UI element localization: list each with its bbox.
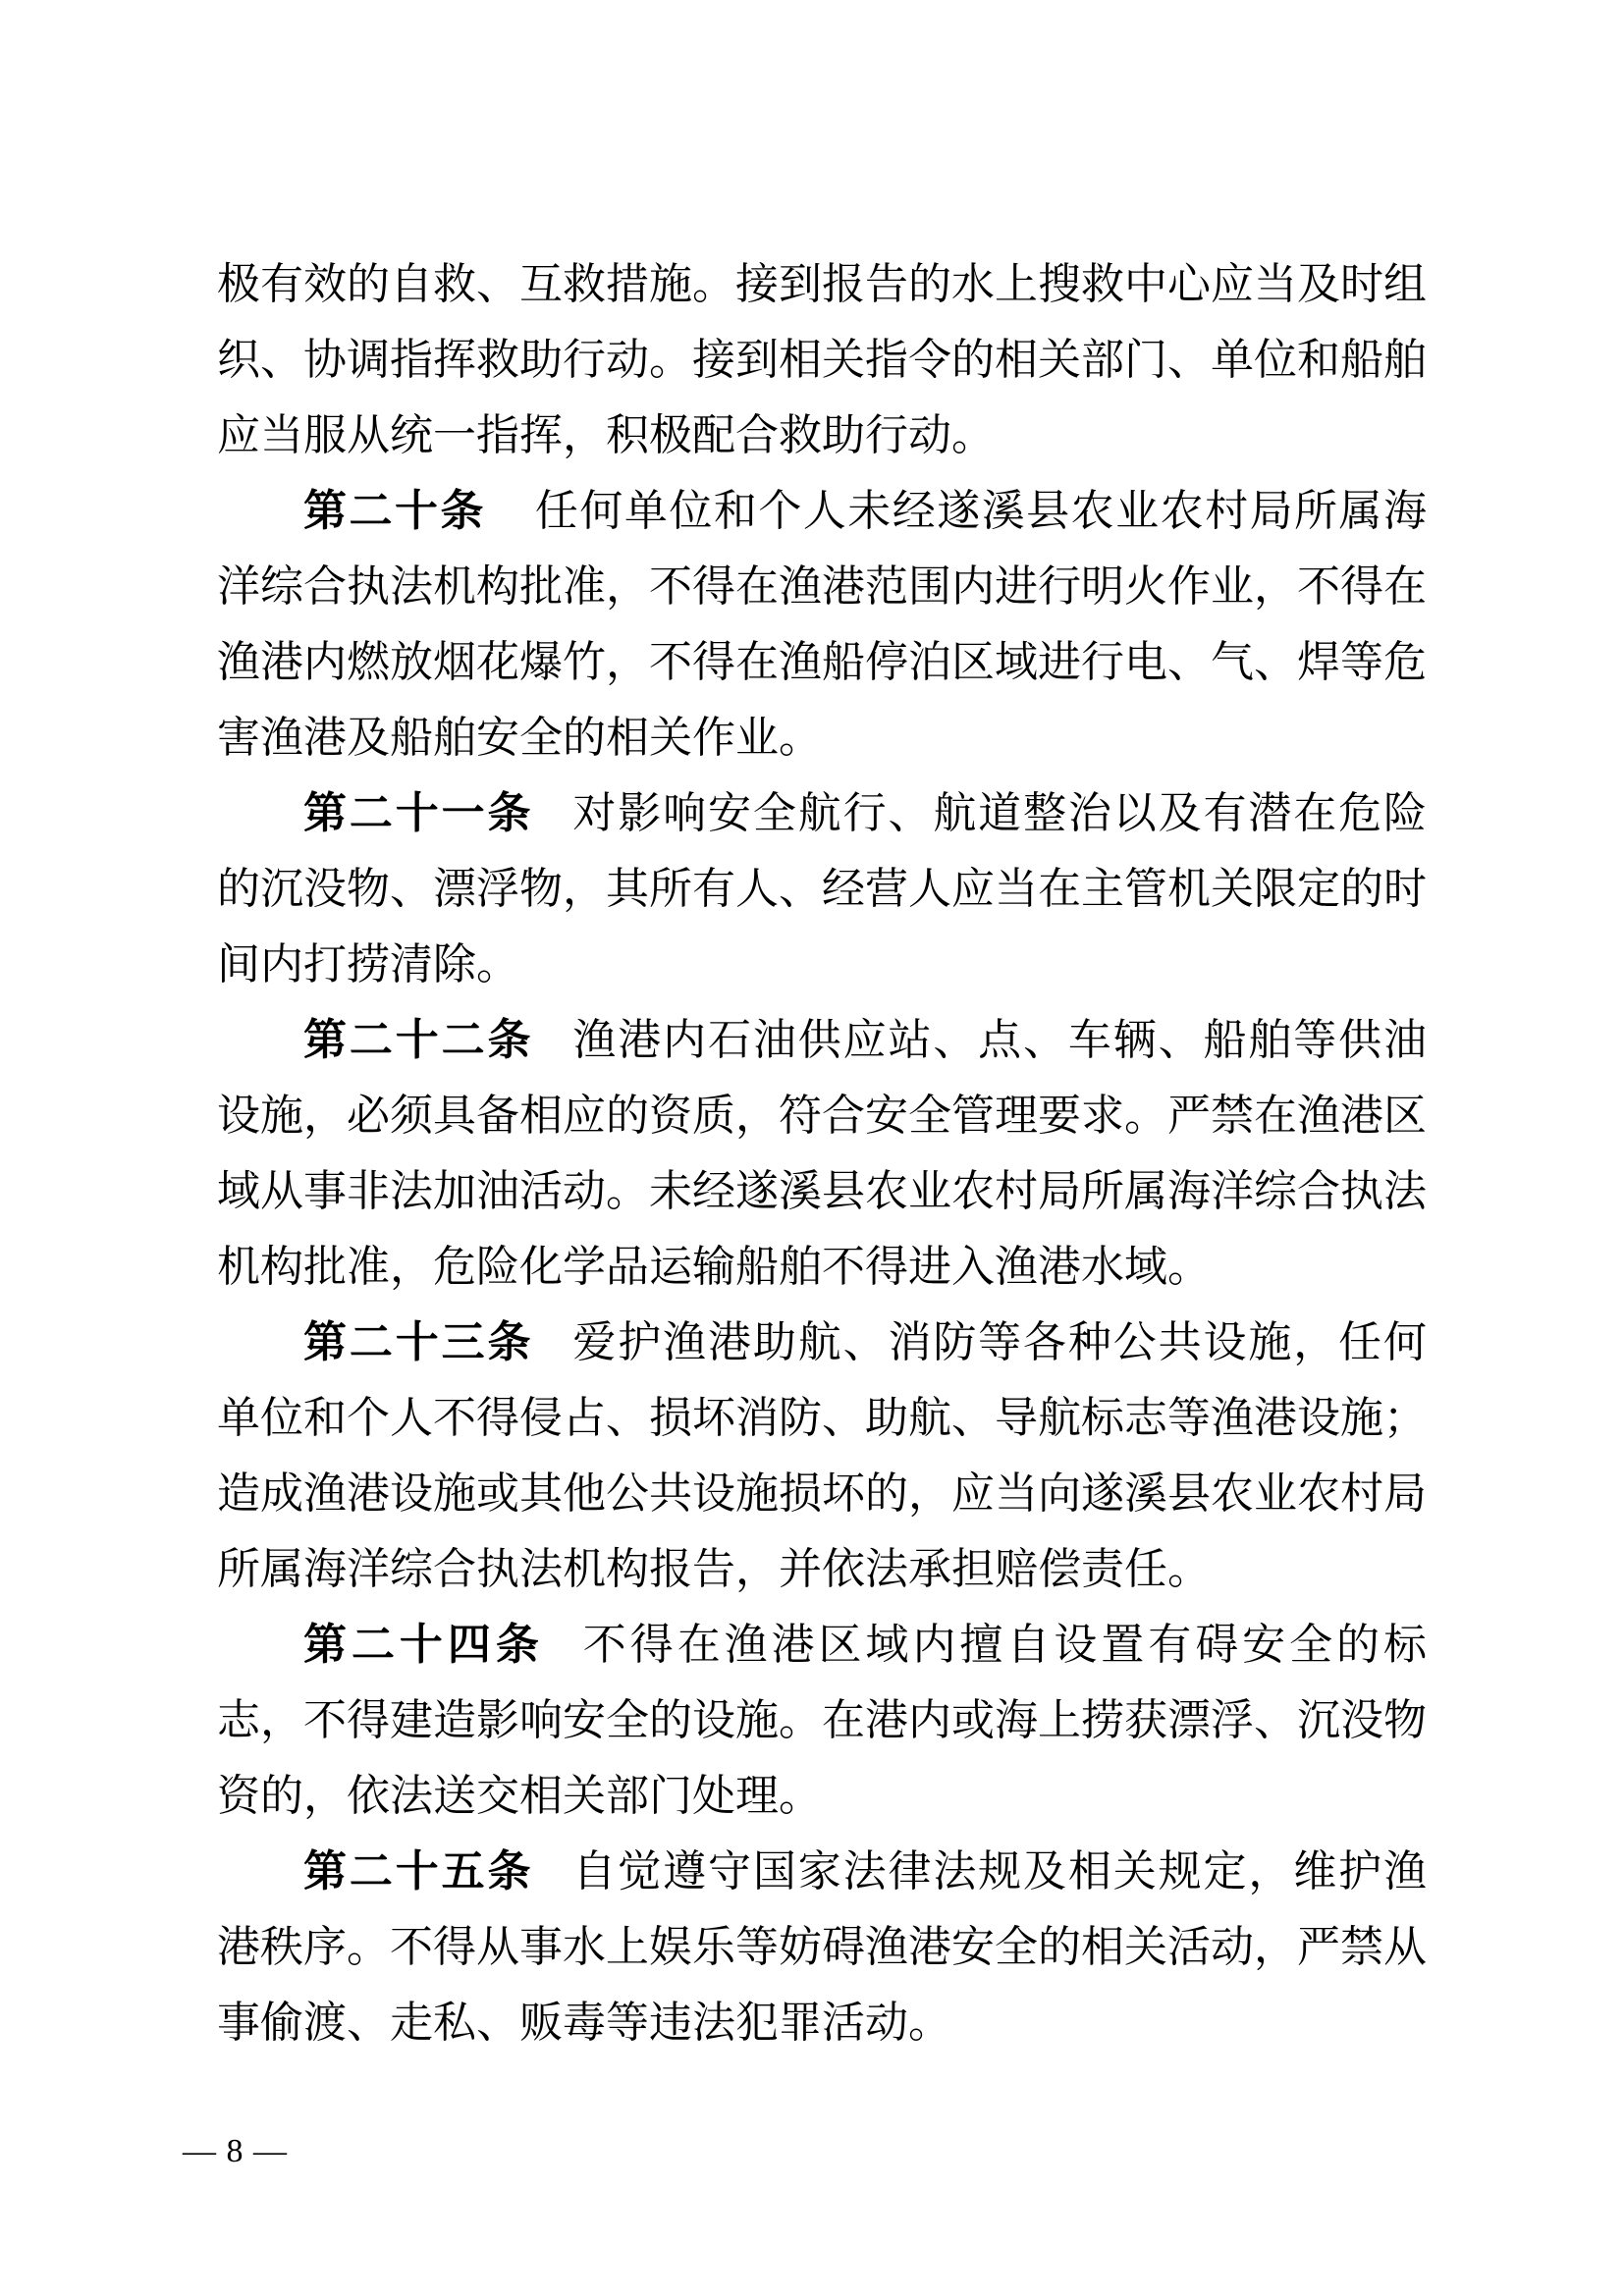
article-number-heading: 第二十四条 xyxy=(303,1621,544,1669)
article-number-heading: 第二十二条 xyxy=(303,1016,533,1064)
article-paragraph: 第二十二条渔港内石油供应站、点、车辆、船舶等供油设施，必须具备相应的资质，符合安… xyxy=(217,1002,1427,1305)
article-paragraph: 第二十一条对影响安全航行、航道整治以及有潜在危险的沉没物、漂浮物，其所有人、经营… xyxy=(217,775,1427,1002)
article-paragraph: 第二十四条不得在渔港区域内擅自设置有碍安全的标志，不得建造影响安全的设施。在港内… xyxy=(217,1607,1427,1834)
document-body: 极有效的自救、互救措施。接到报告的水上搜救中心应当及时组织、协调指挥救助行动。接… xyxy=(217,246,1427,2060)
article-number-heading: 第二十条 xyxy=(303,487,486,535)
article-number-heading: 第二十三条 xyxy=(303,1318,533,1366)
article-number-heading: 第二十五条 xyxy=(303,1847,533,1896)
document-page: 极有效的自救、互救措施。接到报告的水上搜救中心应当及时组织、协调指挥救助行动。接… xyxy=(0,0,1624,2296)
article-paragraph: 第二十条任何单位和个人未经遂溪县农业农村局所属海洋综合执法机构批准，不得在渔港范… xyxy=(217,473,1427,775)
article-paragraph: 第二十五条自觉遵守国家法律法规及相关规定，维护渔港秩序。不得从事水上娱乐等妨碍渔… xyxy=(217,1834,1427,2060)
article-number-heading: 第二十一条 xyxy=(303,789,533,837)
article-paragraph: 第二十三条爱护渔港助航、消防等各种公共设施，任何单位和个人不得侵占、损坏消防、助… xyxy=(217,1305,1427,1607)
continuation-paragraph: 极有效的自救、互救措施。接到报告的水上搜救中心应当及时组织、协调指挥救助行动。接… xyxy=(217,246,1427,473)
page-number: — 8 — xyxy=(183,2132,288,2171)
